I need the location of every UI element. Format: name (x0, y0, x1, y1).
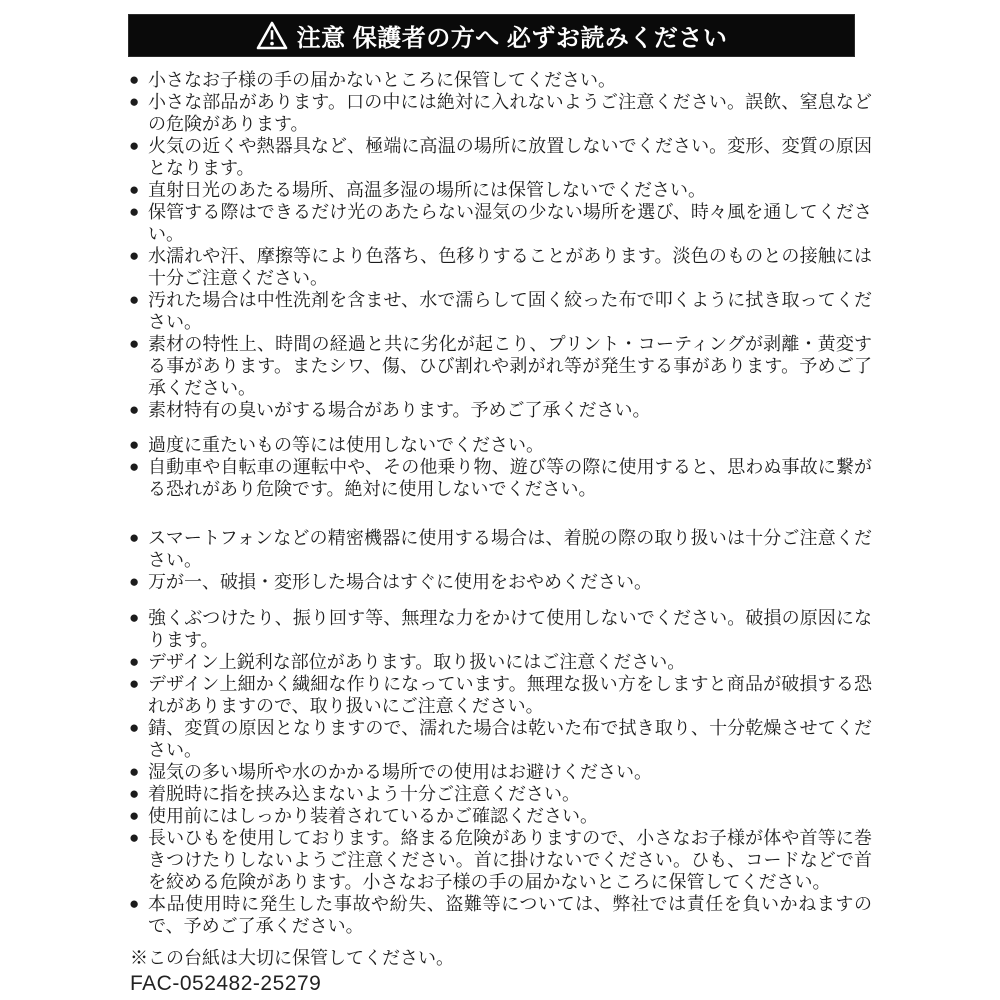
warning-item: ●保管する際はできるだけ光のあたらない湿気の少ない場所を選び、時々風を通してくだ… (130, 201, 872, 245)
bullet-icon: ● (129, 673, 139, 695)
bullet-icon: ● (129, 201, 139, 223)
warning-item: ●水濡れや汗、摩擦等により色落ち、色移りすることがあります。淡色のものとの接触に… (130, 245, 872, 289)
warning-text: 自動車や自転車の運転中や、その他乗り物、遊び等の際に使用すると、思わぬ事故に繋が… (148, 457, 872, 499)
bullet-icon: ● (129, 527, 139, 549)
warning-text: 小さなお子様の手の届かないところに保管してください。 (148, 70, 616, 90)
warning-text: 保管する際はできるだけ光のあたらない湿気の少ない場所を選び、時々風を通してくださ… (148, 202, 872, 244)
bullet-icon: ● (129, 434, 139, 456)
warning-text: 素材の特性上、時間の経過と共に劣化が起こり、プリント・コーティングが剥離・黄変す… (148, 334, 872, 398)
warning-text: 万が一、破損・変形した場合はすぐに使用をおやめください。 (148, 572, 652, 592)
bullet-icon: ● (129, 761, 139, 783)
warning-text: デザイン上細かく繊細な作りになっています。無理な扱い方をしますと商品が破損する恐… (148, 674, 872, 716)
warning-text: 過度に重たいもの等には使用しないでください。 (148, 435, 544, 455)
warning-text: 水濡れや汗、摩擦等により色落ち、色移りすることがあります。淡色のものとの接触には… (148, 246, 872, 288)
caution-body: ●小さなお子様の手の届かないところに保管してください。 ●小さな部品があります。… (130, 69, 872, 995)
bullet-icon: ● (129, 289, 139, 311)
warning-text: 着脱時に指を挟み込まないよう十分ご注意ください。 (148, 784, 580, 804)
caution-header-bar: 注意 保護者の方へ 必ずお読みください (128, 14, 855, 57)
caution-title: 注意 保護者の方へ 必ずお読みください (297, 18, 728, 53)
warning-item: ●自動車や自転車の運転中や、その他乗り物、遊び等の際に使用すると、思わぬ事故に繋… (130, 456, 872, 500)
warning-text: 汚れた場合は中性洗剤を含ませ、水で濡らして固く絞った布で叩くように拭き取ってくだ… (148, 290, 872, 332)
warning-text: 火気の近くや熱器具など、極端に高温の場所に放置しないでください。変形、変質の原因… (148, 136, 872, 178)
warning-item: ●使用前にはしっかり装着されているかご確認ください。 (130, 805, 872, 827)
warning-text: 素材特有の臭いがする場合があります。予めご了承ください。 (148, 400, 651, 420)
warning-item: ●錆、変質の原因となりますので、濡れた場合は乾いた布で拭き取り、十分乾燥させてく… (130, 717, 872, 761)
bullet-icon: ● (129, 571, 139, 593)
warning-item: ●スマートフォンなどの精密機器に使用する場合は、着脱の際の取り扱いは十分ご注意く… (130, 527, 872, 571)
bullet-icon: ● (129, 399, 139, 421)
bullet-icon: ● (129, 651, 139, 673)
warning-triangle-icon (256, 21, 288, 50)
warning-text: 本品使用時に発生した事故や紛失、盗難等については、弊社では責任を負いかねますので… (148, 894, 872, 936)
bullet-icon: ● (129, 893, 139, 915)
warning-item: ●強くぶつけたり、振り回す等、無理な力をかけて使用しないでください。破損の原因に… (130, 607, 872, 651)
warning-text: 小さな部品があります。口の中には絶対に入れないようご注意ください。誤飲、窒息など… (148, 92, 872, 134)
warning-item: ●火気の近くや熱器具など、極端に高温の場所に放置しないでください。変形、変質の原… (130, 135, 872, 179)
warning-text: 強くぶつけたり、振り回す等、無理な力をかけて使用しないでください。破損の原因にな… (148, 608, 872, 650)
bullet-icon: ● (129, 245, 139, 267)
bullet-icon: ● (129, 456, 139, 478)
bullet-icon: ● (129, 827, 139, 849)
bullet-icon: ● (129, 135, 139, 157)
warning-item: ●万が一、破損・変形した場合はすぐに使用をおやめください。 (130, 571, 872, 593)
bullet-icon: ● (129, 717, 139, 739)
warning-text: 湿気の多い場所や水のかかる場所での使用はお避けください。 (148, 762, 652, 782)
warning-item: ●過度に重たいもの等には使用しないでください。 (130, 434, 872, 456)
bullet-icon: ● (129, 783, 139, 805)
bullet-icon: ● (129, 179, 139, 201)
warning-text: 使用前にはしっかり装着されているかご確認ください。 (148, 806, 598, 826)
warning-text: 錆、変質の原因となりますので、濡れた場合は乾いた布で拭き取り、十分乾燥させてくだ… (148, 718, 872, 760)
warning-item: ●デザイン上細かく繊細な作りになっています。無理な扱い方をしますと商品が破損する… (130, 673, 872, 717)
warning-item: ●素材の特性上、時間の経過と共に劣化が起こり、プリント・コーティングが剥離・黄変… (130, 333, 872, 399)
warning-text: 直射日光のあたる場所、高温多湿の場所には保管しないでください。 (148, 180, 706, 200)
warning-group-devices: ●スマートフォンなどの精密機器に使用する場合は、着脱の際の取り扱いは十分ご注意く… (130, 527, 872, 593)
warning-item: ●汚れた場合は中性洗剤を含ませ、水で濡らして固く絞った布で叩くように拭き取ってく… (130, 289, 872, 333)
bullet-icon: ● (129, 333, 139, 355)
warning-item: ●直射日光のあたる場所、高温多湿の場所には保管しないでください。 (130, 179, 872, 201)
warning-group-storage-and-material: ●小さなお子様の手の届かないところに保管してください。 ●小さな部品があります。… (130, 69, 872, 421)
warning-text: 長いひもを使用しております。絡まる危険がありますので、小さなお子様が体や首等に巻… (148, 828, 872, 892)
bullet-icon: ● (129, 607, 139, 629)
warning-item: ●小さな部品があります。口の中には絶対に入れないようご注意ください。誤飲、窒息な… (130, 91, 872, 135)
caution-card: 注意 保護者の方へ 必ずお読みください ●小さなお子様の手の届かないところに保管… (0, 0, 1000, 1000)
warning-group-usage: ●過度に重たいもの等には使用しないでください。 ●自動車や自転車の運転中や、その… (130, 434, 872, 500)
warning-item: ●湿気の多い場所や水のかかる場所での使用はお避けください。 (130, 761, 872, 783)
warning-item: ●長いひもを使用しております。絡まる危険がありますので、小さなお子様が体や首等に… (130, 827, 872, 893)
bullet-icon: ● (129, 69, 139, 91)
warning-text: スマートフォンなどの精密機器に使用する場合は、着脱の際の取り扱いは十分ご注意くだ… (148, 528, 872, 570)
product-code: FAC-052482-25279 (130, 973, 872, 995)
warning-text: デザイン上鋭利な部位があります。取り扱いにはご注意ください。 (148, 652, 685, 672)
warning-item: ●デザイン上鋭利な部位があります。取り扱いにはご注意ください。 (130, 651, 872, 673)
keep-card-note: ※この台紙は大切に保管してください。 (130, 947, 872, 969)
bullet-icon: ● (129, 91, 139, 113)
warning-item: ●小さなお子様の手の届かないところに保管してください。 (130, 69, 872, 91)
warning-group-handling: ●強くぶつけたり、振り回す等、無理な力をかけて使用しないでください。破損の原因に… (130, 607, 872, 937)
warning-item: ●着脱時に指を挟み込まないよう十分ご注意ください。 (130, 783, 872, 805)
bullet-icon: ● (129, 805, 139, 827)
warning-item: ●本品使用時に発生した事故や紛失、盗難等については、弊社では責任を負いかねますの… (130, 893, 872, 937)
warning-item: ●素材特有の臭いがする場合があります。予めご了承ください。 (130, 399, 872, 421)
